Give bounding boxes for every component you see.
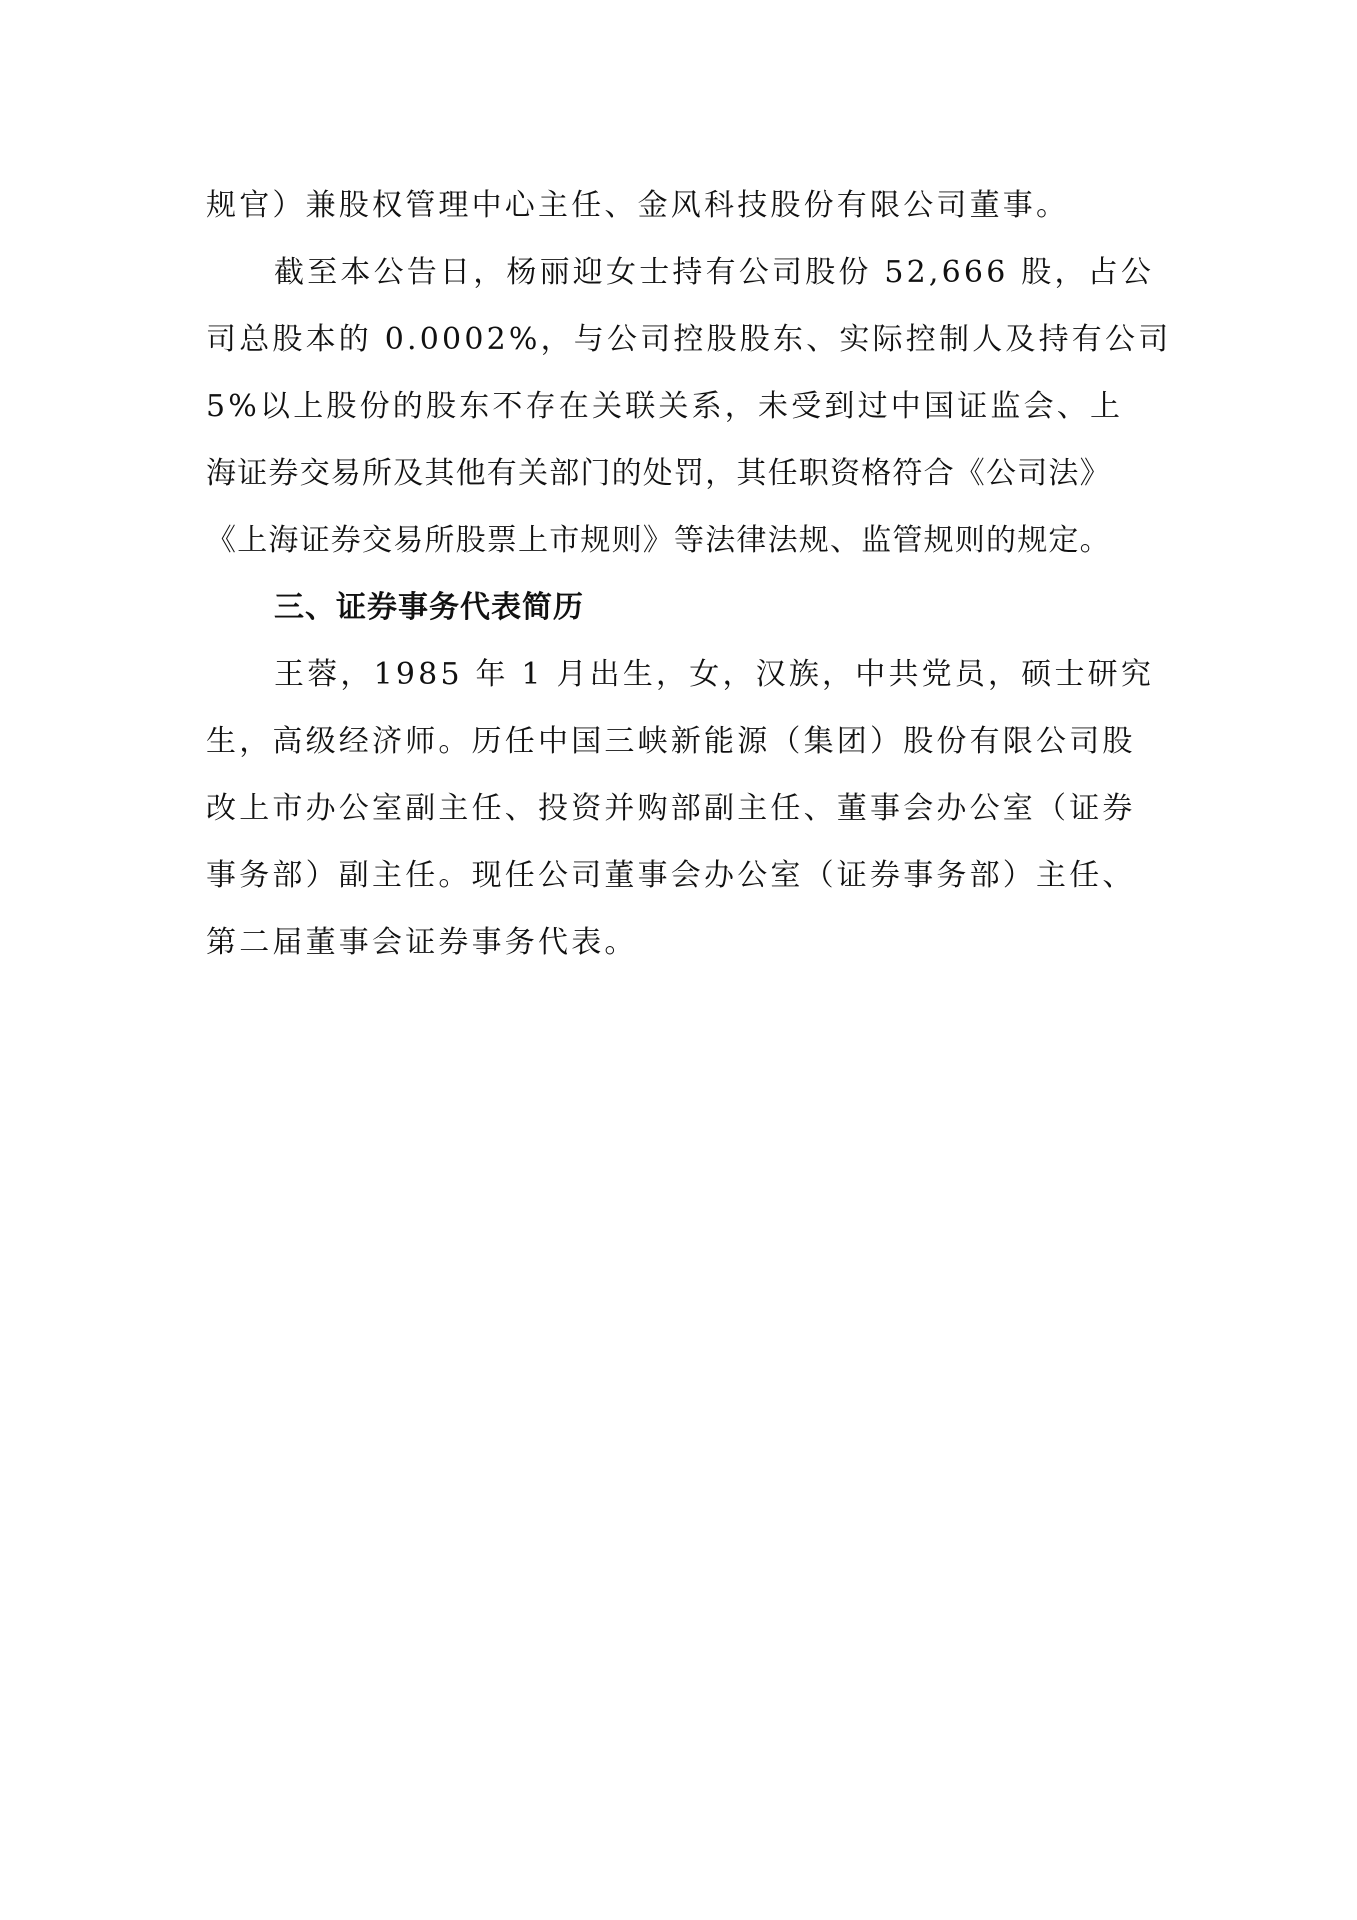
- text-line: 规官）兼股权管理中心主任、金风科技股份有限公司董事。: [206, 172, 1156, 239]
- text-line: 事务部）副主任。现任公司董事会办公室（证券事务部）主任、: [206, 842, 1156, 909]
- text-line: 《上海证券交易所股票上市规则》等法律法规、监管规则的规定。: [206, 507, 1156, 574]
- text-line: 改上市办公室副主任、投资并购部副主任、董事会办公室（证券: [206, 775, 1156, 842]
- text-line: 截至本公告日，杨丽迎女士持有公司股份 52,666 股，占公: [206, 239, 1156, 306]
- text-line: 5%以上股份的股东不存在关联关系，未受到过中国证监会、上: [206, 373, 1156, 440]
- text-line: 王蓉，1985 年 1 月出生，女，汉族，中共党员，硕士研究: [206, 641, 1156, 708]
- text-line: 海证券交易所及其他有关部门的处罚，其任职资格符合《公司法》: [206, 440, 1156, 507]
- section-heading: 三、证券事务代表简历: [206, 574, 1156, 641]
- text-line: 司总股本的 0.0002%，与公司控股股东、实际控制人及持有公司: [206, 306, 1156, 373]
- text-line: 生，高级经济师。历任中国三峡新能源（集团）股份有限公司股: [206, 708, 1156, 775]
- document-page: 规官）兼股权管理中心主任、金风科技股份有限公司董事。 截至本公告日，杨丽迎女士持…: [206, 172, 1156, 976]
- text-line: 第二届董事会证券事务代表。: [206, 909, 1156, 976]
